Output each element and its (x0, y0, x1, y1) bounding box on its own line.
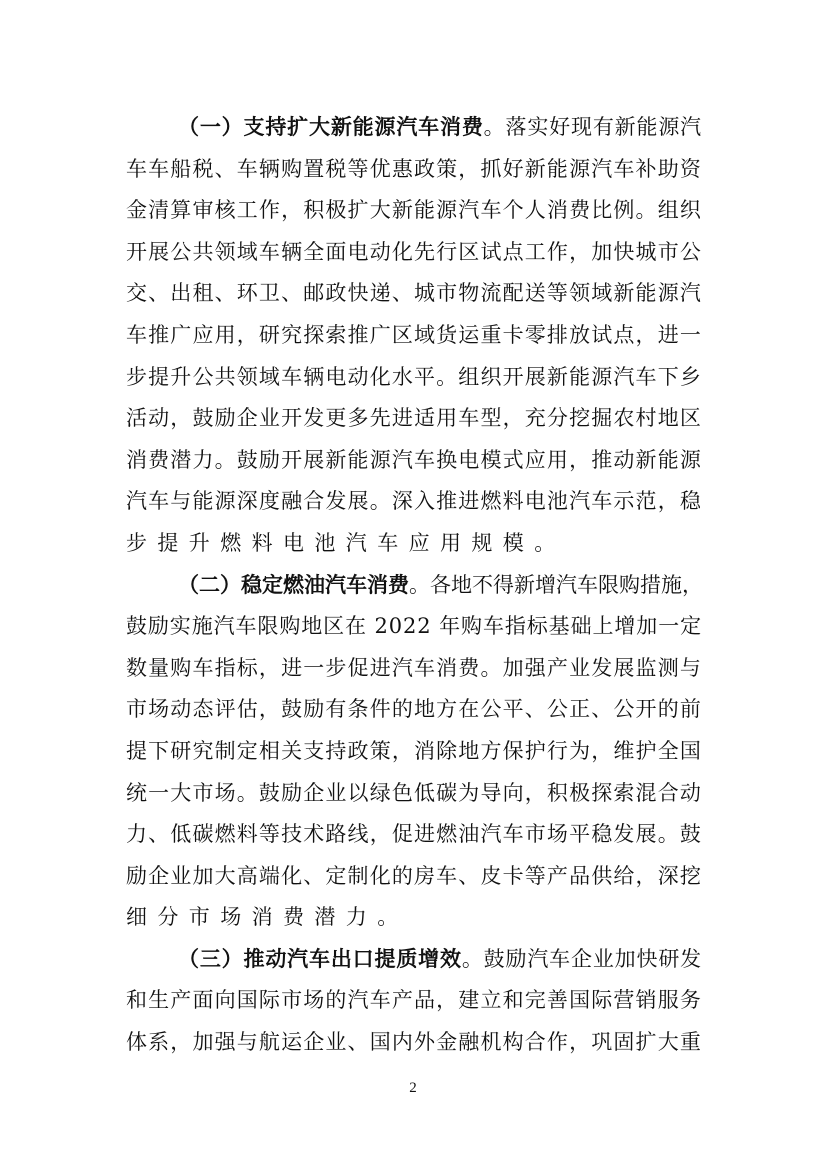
section-1-heading: （一）支持扩大新能源汽车消费 (178, 115, 484, 139)
paragraph-line: 开展公共领域车辆全面电动化先行区试点工作，加快城市公 (126, 232, 702, 274)
paragraph-text: 。落实好现有新能源汽 (484, 115, 702, 139)
paragraph-line: 汽车与能源深度融合发展。深入推进燃料电池汽车示范，稳 (126, 481, 702, 523)
document-body: （一）支持扩大新能源汽车消费。落实好现有新能源汽 车车船税、车辆购置税等优惠政策… (126, 107, 702, 1064)
paragraph-text: 。鼓励汽车企业加快研发 (462, 947, 702, 971)
paragraph-line: 车车船税、车辆购置税等优惠政策，抓好新能源汽车补助资 (126, 149, 702, 191)
section-2-line-1: （二）稳定燃油汽车消费。各地不得新增汽车限购措施， (126, 565, 702, 607)
paragraph-line: 鼓励实施汽车限购地区在 2022 年购车指标基础上增加一定 (126, 606, 702, 648)
paragraph-line: 和生产面向国际市场的汽车产品，建立和完善国际营销服务 (126, 980, 702, 1022)
document-page: （一）支持扩大新能源汽车消费。落实好现有新能源汽 车车船税、车辆购置税等优惠政策… (0, 0, 826, 1169)
paragraph-line: 励企业加大高端化、定制化的房车、皮卡等产品供给，深挖 (126, 856, 702, 898)
paragraph-line: 体系，加强与航运企业、国内外金融机构合作，巩固扩大重 (126, 1022, 702, 1064)
paragraph-line: 步提升燃料电池汽车应用规模。 (126, 523, 702, 565)
section-3-line-1: （三）推动汽车出口提质增效。鼓励汽车企业加快研发 (126, 939, 702, 981)
section-1-line-1: （一）支持扩大新能源汽车消费。落实好现有新能源汽 (126, 107, 702, 149)
paragraph-line: 消费潜力。鼓励开展新能源汽车换电模式应用，推动新能源 (126, 440, 702, 482)
paragraph-line: 交、出租、环卫、邮政快递、城市物流配送等领域新能源汽 (126, 273, 702, 315)
paragraph-line: 力、低碳燃料等技术路线，促进燃油汽车市场平稳发展。鼓 (126, 814, 702, 856)
paragraph-line: 金清算审核工作，积极扩大新能源汽车个人消费比例。组织 (126, 190, 702, 232)
paragraph-line: 数量购车指标，进一步促进汽车消费。加强产业发展监测与 (126, 648, 702, 690)
paragraph-line: 活动，鼓励企业开发更多先进适用车型，充分挖掘农村地区 (126, 398, 702, 440)
section-3-heading: （三）推动汽车出口提质增效 (178, 947, 462, 971)
paragraph-text: 。各地不得新增汽车限购措施， (409, 573, 703, 597)
paragraph-line: 市场动态评估，鼓励有条件的地方在公平、公正、公开的前 (126, 689, 702, 731)
paragraph-line: 车推广应用，研究探索推广区域货运重卡零排放试点，进一 (126, 315, 702, 357)
paragraph-line: 步提升公共领域车辆电动化水平。组织开展新能源汽车下乡 (126, 357, 702, 399)
page-number: 2 (0, 1080, 826, 1097)
section-2-heading: （二）稳定燃油汽车消费 (178, 573, 409, 597)
paragraph-line: 细分市场消费潜力。 (126, 897, 702, 939)
paragraph-line: 统一大市场。鼓励企业以绿色低碳为导向，积极探索混合动 (126, 773, 702, 815)
paragraph-line: 提下研究制定相关支持政策，消除地方保护行为，维护全国 (126, 731, 702, 773)
